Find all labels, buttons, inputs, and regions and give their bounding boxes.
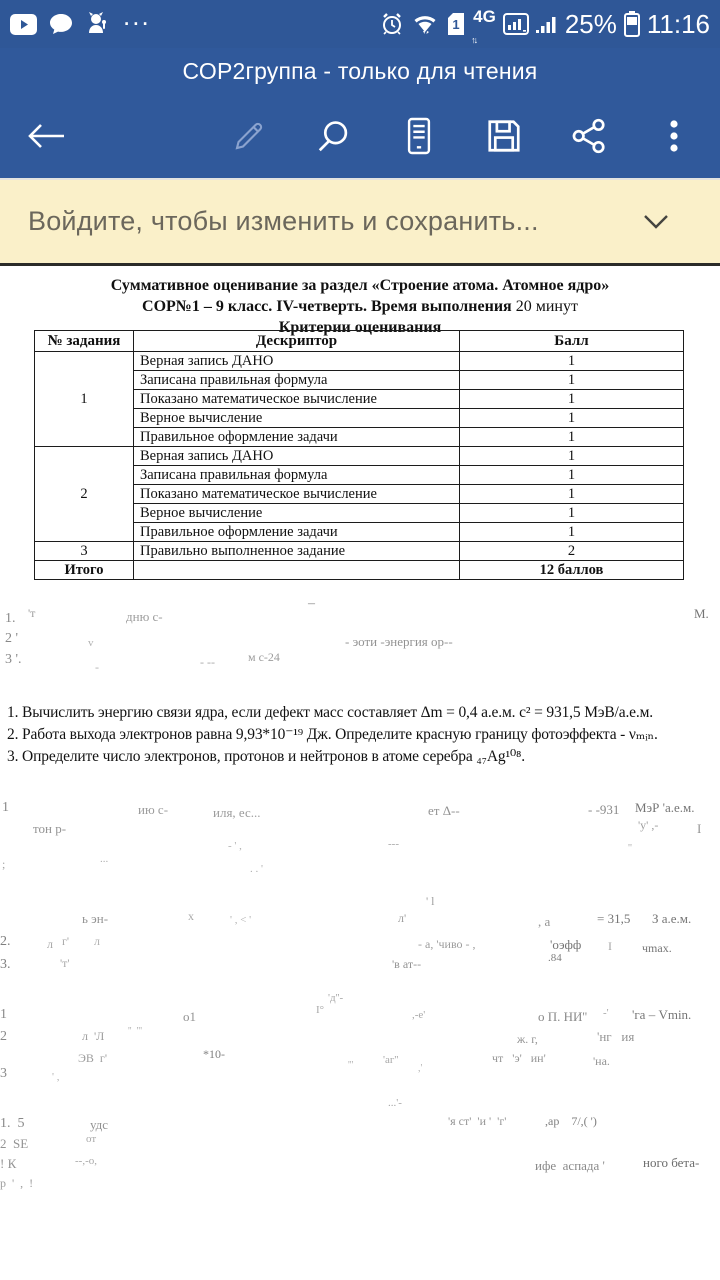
- faded-text-fragment: *10-: [203, 1047, 225, 1062]
- faded-text-fragment: х: [188, 909, 194, 924]
- faded-text-fragment: ,': [418, 1063, 422, 1074]
- faded-text-fragment: ---: [388, 838, 399, 850]
- total-spacer: [134, 561, 460, 580]
- save-icon: [485, 117, 523, 155]
- faded-text-fragment: о П. НИ'': [538, 1009, 587, 1025]
- descriptor-cell: Записана правильная формула: [134, 466, 460, 485]
- task-number-cell: 3: [35, 542, 134, 561]
- battery-icon: [624, 11, 640, 37]
- sim-card-icon: 1: [446, 12, 466, 36]
- overflow-menu-button[interactable]: [648, 110, 700, 162]
- chevron-down-icon[interactable]: [642, 213, 670, 231]
- faded-text-fragment: 'га – Vmin.: [632, 1007, 691, 1023]
- back-button[interactable]: [20, 110, 72, 162]
- status-left-icons: ...: [10, 11, 151, 37]
- faded-text-fragment: от: [86, 1133, 96, 1145]
- faded-text-fragment: л': [398, 911, 406, 926]
- faded-text-fragment: иля, ес...: [213, 805, 261, 821]
- screen: ... 1 4G ↑↓: [0, 0, 720, 1280]
- faded-text-fragment: ,-е': [412, 1009, 425, 1021]
- score-cell: 1: [460, 504, 684, 523]
- faded-text-fragment: I: [697, 821, 701, 837]
- table-row: 2Верная запись ДАНО1: [35, 447, 684, 466]
- faded-text-fragment: ию с-: [138, 802, 168, 818]
- faded-text-fragment: 1: [2, 800, 9, 816]
- problem-item-3: 3. Определите число электронов, протонов…: [7, 746, 719, 768]
- score-cell: 1: [460, 352, 684, 371]
- score-cell: 1: [460, 447, 684, 466]
- table-row: 3Правильно выполненное задание2: [35, 542, 684, 561]
- faded-text-fragment: ! К: [0, 1156, 16, 1172]
- faded-text-fragment: удс: [90, 1117, 108, 1133]
- faded-text-fragment: З а.е.м.: [652, 911, 691, 927]
- faded-text-fragment: '' ''': [128, 1026, 142, 1037]
- table-row: 1Верная запись ДАНО1: [35, 352, 684, 371]
- document-page[interactable]: Суммативное оценивание за раздел «Строен…: [0, 266, 720, 1280]
- pencil-icon: [231, 118, 267, 154]
- faded-text-fragment: 2: [0, 1029, 7, 1045]
- faded-text-fragment: ...: [100, 853, 108, 865]
- task-number-cell: 1: [35, 352, 134, 447]
- faded-text-fragment: ...'-: [388, 1097, 402, 1109]
- faded-text-fragment: ''': [348, 1060, 353, 1071]
- faded-text-fragment: чmax.: [642, 941, 672, 956]
- faded-text-fragment: л 'Л: [82, 1029, 104, 1044]
- faded-text-fragment: чт 'э' ин': [492, 1051, 546, 1066]
- faded-text-fragment: 1. 5: [0, 1116, 25, 1132]
- faded-text-fragment: -': [603, 1007, 609, 1019]
- network-type-indicator: 4G ↑↓: [473, 9, 496, 39]
- descriptor-cell: Правильное оформление задачи: [134, 428, 460, 447]
- faded-text-fragment: 'у' ,-: [638, 818, 658, 833]
- task-number-cell: 2: [35, 447, 134, 542]
- faded-text-fragment: 'в ат--: [392, 957, 421, 972]
- faded-text-fragment: м с-24: [248, 650, 280, 665]
- faded-text-fragment: I: [608, 939, 612, 954]
- sign-in-banner-text: Войдите, чтобы изменить и сохранить...: [28, 206, 539, 237]
- faded-text-fragment: ифе аспада ': [535, 1158, 605, 1174]
- assessment-subtitle: СОР№1 – 9 класс. IV-четверть. Время выпо…: [142, 298, 512, 315]
- faded-text-fragment: .84: [548, 952, 562, 964]
- faded-text-fragment: 'д''-: [328, 992, 343, 1004]
- youtube-icon: [10, 14, 37, 35]
- faded-text-fragment: 'нг ия: [597, 1029, 634, 1045]
- score-cell: 1: [460, 466, 684, 485]
- score-cell: 2: [460, 542, 684, 561]
- more-status-icon: ...: [123, 11, 151, 21]
- status-right-cluster: 1 4G ↑↓ 25%: [380, 9, 710, 40]
- faded-text-fragment: - --: [200, 655, 215, 670]
- data-arrows-icon: ↑↓: [471, 35, 476, 45]
- faded-text-fragment: ЭВ г': [78, 1051, 107, 1066]
- total-value: 12 баллов: [460, 561, 684, 580]
- descriptor-cell: Правильно выполненное задание: [134, 542, 460, 561]
- share-icon: [570, 117, 608, 155]
- faded-text-fragment: ,ар 7/,( '): [545, 1114, 597, 1129]
- faded-text-fragment: '': [628, 842, 632, 854]
- faded-text-fragment: 1.: [5, 611, 16, 627]
- descriptor-cell: Верное вычисление: [134, 504, 460, 523]
- faded-text-fragment: ' l: [426, 894, 435, 909]
- faded-text-fragment: 'оэфф: [550, 937, 581, 953]
- criteria-table-body: 1Верная запись ДАНО1Записана правильная …: [35, 352, 684, 561]
- problem-item-1: 1. Вычислить энергию связи ядра, если де…: [7, 702, 719, 724]
- descriptor-cell: Правильное оформление задачи: [134, 523, 460, 542]
- faded-text-fragment: 'я ст' 'и ' 'г': [448, 1114, 506, 1129]
- faded-text-fragment: л: [94, 934, 100, 949]
- descriptor-cell: Верное вычисление: [134, 409, 460, 428]
- criteria-table: № задания Дескриптор Балл 1Верная запись…: [34, 330, 684, 580]
- faded-text-fragment: г': [62, 934, 69, 949]
- faded-text-fragment: -: [95, 660, 99, 675]
- save-button[interactable]: [478, 110, 530, 162]
- title-bar: СОР2группа - только для чтения: [0, 48, 720, 94]
- faded-text-fragment: - эоти -энергия ор--: [345, 634, 453, 650]
- problem-item-2: 2. Работа выхода электронов равна 9,93*1…: [7, 724, 719, 746]
- search-button[interactable]: [308, 110, 360, 162]
- descriptor-cell: Показано математическое вычисление: [134, 485, 460, 504]
- total-label: Итого: [35, 561, 134, 580]
- network-type-label: 4G: [473, 7, 496, 27]
- document-title: СОР2группа - только для чтения: [183, 58, 538, 85]
- faded-text-fragment: дню с-: [126, 609, 163, 625]
- mobile-data-signal-icon: [503, 11, 529, 37]
- mascot-icon: [85, 11, 111, 37]
- svg-text:1: 1: [453, 17, 460, 32]
- faded-text-fragment: 'т: [28, 606, 35, 621]
- clock-label: 11:16: [647, 9, 710, 40]
- faded-text-fragment: 1: [0, 1007, 7, 1023]
- descriptor-cell: Верная запись ДАНО: [134, 447, 460, 466]
- score-cell: 1: [460, 371, 684, 390]
- faded-text-fragment: I°: [316, 1004, 324, 1016]
- signal-bars-icon: [536, 12, 558, 36]
- faded-text-fragment: ' ,: [52, 1071, 59, 1083]
- descriptor-cell: Показано математическое вычисление: [134, 390, 460, 409]
- table-total-row: Итого 12 баллов: [35, 561, 684, 580]
- faded-text-fragment: ного бета-: [643, 1155, 699, 1171]
- faded-text-fragment: 2 ': [5, 631, 18, 647]
- faded-text-fragment: 2.: [0, 934, 11, 950]
- mobile-view-icon: [402, 116, 436, 156]
- faded-text-fragment: , а: [538, 914, 550, 930]
- faded-text-fragment: тон р-: [33, 821, 66, 837]
- battery-percent-label: 25%: [565, 9, 617, 40]
- faded-text-fragment: –: [308, 596, 315, 612]
- score-cell: 1: [460, 390, 684, 409]
- faded-text-fragment: 'на.: [593, 1054, 610, 1069]
- alarm-icon: [380, 12, 404, 36]
- faded-text-fragment: . . ': [250, 863, 263, 875]
- faded-text-fragment: 'аг'': [383, 1054, 398, 1066]
- wifi-icon: [411, 12, 439, 36]
- table-header-row: № задания Дескриптор Балл: [35, 331, 684, 352]
- faded-text-fragment: ж. г,: [517, 1032, 538, 1047]
- descriptor-cell: Верная запись ДАНО: [134, 352, 460, 371]
- faded-text-fragment: 3: [0, 1066, 7, 1082]
- faded-text-fragment: ;: [2, 857, 5, 872]
- toolbar: [0, 94, 720, 178]
- assessment-title: Суммативное оценивание за раздел «Строен…: [0, 275, 720, 296]
- faded-text-fragment: - ' ,: [228, 840, 242, 852]
- faded-text-fragment: о1: [183, 1009, 196, 1025]
- overflow-dots-icon: [669, 116, 679, 156]
- faded-text-fragment: - -931: [588, 802, 619, 818]
- edit-button[interactable]: [223, 110, 275, 162]
- mobile-view-button[interactable]: [393, 110, 445, 162]
- column-header-descriptor: Дескриптор: [134, 331, 460, 352]
- faded-text-fragment: v: [88, 637, 94, 649]
- assessment-subtitle-time: 20 минут: [512, 298, 578, 315]
- back-arrow-icon: [26, 121, 66, 151]
- score-cell: 1: [460, 428, 684, 447]
- document-heading: Суммативное оценивание за раздел «Строен…: [0, 266, 720, 338]
- faded-text-fragment: М.: [694, 606, 709, 622]
- faded-text-fragment: 3.: [0, 957, 11, 973]
- faded-text-fragment: ь эн-: [82, 911, 108, 927]
- faded-text-fragment: = 31,5: [597, 911, 630, 927]
- faded-text-fragment: р ' , !: [0, 1176, 33, 1191]
- chat-icon: [49, 13, 73, 35]
- score-cell: 1: [460, 485, 684, 504]
- faded-text-fragment: л: [47, 937, 53, 952]
- sign-in-banner[interactable]: Войдите, чтобы изменить и сохранить...: [0, 178, 720, 266]
- faded-text-fragment: 3 '.: [5, 652, 22, 668]
- score-cell: 1: [460, 409, 684, 428]
- score-cell: 1: [460, 523, 684, 542]
- faded-text-fragment: ет Δ--: [428, 803, 460, 819]
- search-icon: [315, 117, 353, 155]
- faded-text-fragment: 'т': [60, 956, 70, 971]
- toolbar-actions: [223, 110, 700, 162]
- faded-text-fragment: ' , < ': [230, 914, 251, 926]
- problem-list: 1. Вычислить энергию связи ядра, если де…: [7, 702, 719, 768]
- faded-text-fragment: 2 ЅЕ: [0, 1136, 28, 1152]
- faded-text-fragment: - а, 'чиво - ,: [418, 937, 476, 952]
- status-bar: ... 1 4G ↑↓: [0, 0, 720, 48]
- column-header-score: Балл: [460, 331, 684, 352]
- faded-text-fragment: --,-о,: [75, 1155, 97, 1167]
- faded-text-fragment: МэР 'а.е.м.: [635, 800, 694, 816]
- descriptor-cell: Записана правильная формула: [134, 371, 460, 390]
- column-header-task: № задания: [35, 331, 134, 352]
- share-button[interactable]: [563, 110, 615, 162]
